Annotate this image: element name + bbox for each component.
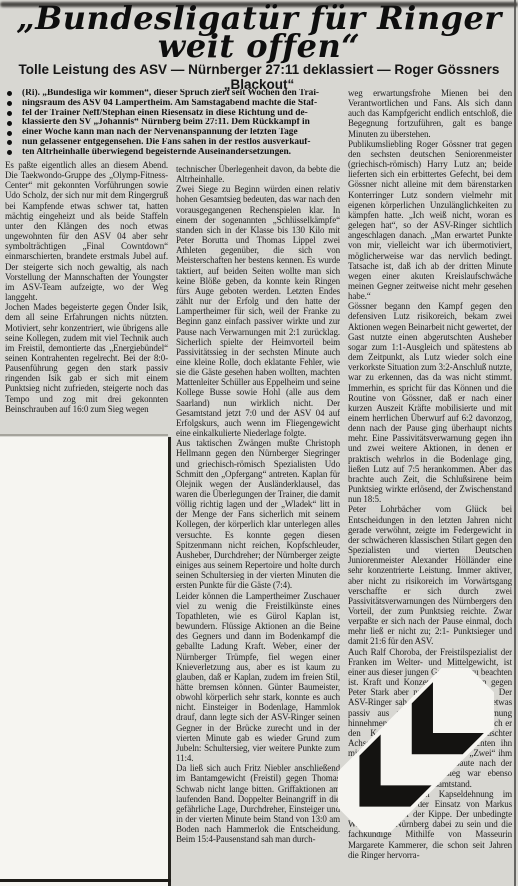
scan-right-edge-line [514,0,516,886]
article-headline: „Bundesligatür für Ringer weit offen“ [0,4,518,60]
lead-paragraph-bulleted: (Ri). „Bundesliga wir kommen“, dieser Sp… [2,89,350,158]
lead-line: fel der Trainer Neff/Stephan einen Riese… [2,109,350,119]
photo-cutout-area [0,437,171,886]
body-paragraph: Publikumsliebling Roger Gössner trat geg… [348,139,512,302]
body-paragraph: weg erwartungsfrohe Mienen bei den Veran… [348,88,512,139]
body-paragraph: technischer Überlegenheit davon, da bebt… [176,164,340,184]
lead-line: einer Woche kann man nach der Nervenansp… [2,128,350,138]
lead-line: (Ri). „Bundesliga wir kommen“, dieser Sp… [2,89,350,99]
cutout-top-edge [0,434,168,436]
body-paragraph: Peter Lohrbächer vom Glück bei Entscheid… [348,504,512,646]
body-paragraph: Auch Ralf Choroba, der Freistilspezialis… [348,647,512,789]
body-column-3: weg erwartungsfrohe Mienen bei den Veran… [348,88,512,884]
lead-line: klassierte den SV „Johannis“ Nürnberg be… [2,118,350,128]
body-paragraph: Es paßte eigentlich alles an diesem Aben… [5,160,168,302]
lead-line: nun gelassener entgegensehen. Die Fans s… [2,138,350,148]
cutout-bottom-edge [0,879,171,882]
newspaper-clipping-scan: „Bundesligatür für Ringer weit offen“ To… [0,0,518,886]
body-paragraph: Gössner begann den Kampf gegen den defen… [348,301,512,504]
body-paragraph: Jochen Mades begeisterte gegen Önder Isi… [5,302,168,414]
body-column-2: technischer Überlegenheit davon, da bebt… [176,164,340,884]
lead-line: ten Altrheinhalle überwiegend begeistern… [2,148,350,158]
body-paragraph: Leider können die Lampertheimer Zuschaue… [176,591,340,764]
body-paragraph: Aus taktischen Zwängen mußte Christoph H… [176,438,340,590]
lead-line: ningsraum des ASV 04 Lampertheim. Am Sam… [2,99,350,109]
body-paragraph: Da ließ sich auch Fritz Niebler anschlie… [176,763,340,844]
body-column-1: Es paßte eigentlich alles an diesem Aben… [5,160,168,436]
body-paragraph: Zwei Siege zu Beginn würden einen relati… [176,184,340,438]
body-paragraph: Nach der schweren Kapseldehnung im Armge… [348,789,512,860]
